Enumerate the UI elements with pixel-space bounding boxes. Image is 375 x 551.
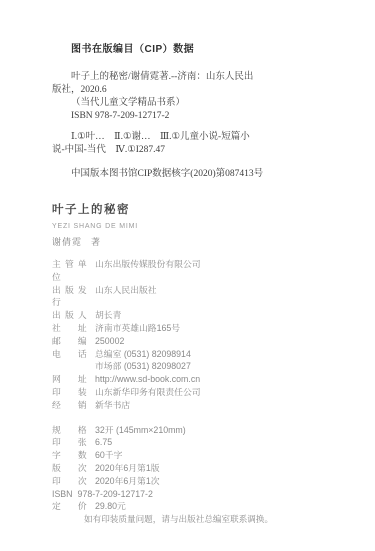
field-label: 印张 bbox=[52, 436, 87, 449]
cip-block: 图书在版编目（CIP）数据 叶子上的秘密/谢倩霓著.--济南：山东人民出 版社，… bbox=[52, 43, 330, 181]
field-label: 出版发行 bbox=[52, 284, 87, 310]
field-label bbox=[52, 360, 87, 373]
field-value: 胡长青 bbox=[95, 309, 121, 322]
publisher-row: 社址 济南市英雄山路165号 bbox=[52, 322, 330, 335]
print-specs-list: 规格 32开 (145mm×210mm) 印张 6.75 字数 60千字 版次 … bbox=[52, 424, 330, 527]
cip-line-series: （当代儿童文学精品书系） bbox=[52, 97, 330, 110]
book-block: 叶子上的秘密 YEZI SHANG DE MIMI 谢倩霓著 bbox=[52, 201, 330, 248]
field-value: 6.75 bbox=[95, 436, 112, 449]
publisher-row: 电话 总编室 (0531) 82098914 bbox=[52, 348, 330, 361]
field-label: 主管单位 bbox=[52, 258, 87, 284]
publisher-row: 印装 山东新华印务有限责任公司 bbox=[52, 386, 330, 399]
cip-line-title: 叶子上的秘密/谢倩霓著.--济南：山东人民出 bbox=[52, 71, 330, 84]
publisher-row: 出版发行 山东人民出版社 bbox=[52, 284, 330, 310]
cip-line-isbn: ISBN 978-7-209-12717-2 bbox=[52, 110, 330, 123]
cip-line-index-wrap: 说-中国-当代 Ⅳ.①I287.47 bbox=[52, 144, 330, 157]
field-label: 字数 bbox=[52, 449, 87, 462]
field-value: 山东出版传媒股份有限公司 bbox=[95, 258, 201, 284]
field-label: 电话 bbox=[52, 348, 87, 361]
publisher-row: 网址 http://www.sd-book.com.cn bbox=[52, 373, 330, 386]
field-value: 250002 bbox=[95, 335, 124, 348]
book-pinyin: YEZI SHANG DE MIMI bbox=[52, 223, 330, 230]
field-label: 经销 bbox=[52, 399, 87, 412]
field-value: 市场部 (0531) 82098027 bbox=[95, 360, 191, 373]
spec-row: 印张 6.75 bbox=[52, 436, 330, 449]
field-label: ISBN bbox=[52, 488, 73, 501]
field-value: 32开 (145mm×210mm) bbox=[95, 424, 186, 437]
copyright-page: 图书在版编目（CIP）数据 叶子上的秘密/谢倩霓著.--济南：山东人民出 版社，… bbox=[0, 0, 375, 551]
field-value: 济南市英雄山路165号 bbox=[95, 322, 180, 335]
spec-row: 字数 60千字 bbox=[52, 449, 330, 462]
publisher-row: 邮编 250002 bbox=[52, 335, 330, 348]
field-label: 网址 bbox=[52, 373, 87, 386]
publisher-row-continuation: 市场部 (0531) 82098027 bbox=[52, 360, 330, 373]
field-label: 定价 bbox=[52, 500, 87, 513]
author-name: 谢倩霓 bbox=[52, 237, 82, 247]
page-content: 图书在版编目（CIP）数据 叶子上的秘密/谢倩霓著.--济南：山东人民出 版社，… bbox=[52, 40, 330, 527]
book-author-line: 谢倩霓著 bbox=[52, 235, 330, 248]
field-value: 60千字 bbox=[95, 449, 122, 462]
field-label: 版次 bbox=[52, 462, 87, 475]
author-suffix: 著 bbox=[91, 237, 101, 247]
book-title: 叶子上的秘密 bbox=[52, 201, 330, 217]
cip-line-index: Ⅰ.①叶… Ⅱ.①谢… Ⅲ.①儿童小说-短篇小 bbox=[52, 131, 330, 144]
field-value: 总编室 (0531) 82098914 bbox=[95, 348, 191, 361]
publisher-info-list: 主管单位 山东出版传媒股份有限公司 出版发行 山东人民出版社 出版人 胡长青 社… bbox=[52, 258, 330, 412]
field-value: 2020年6月第1版 bbox=[95, 462, 160, 475]
field-label: 规格 bbox=[52, 424, 87, 437]
field-value: 山东新华印务有限责任公司 bbox=[95, 386, 201, 399]
field-value: 29.80元 bbox=[95, 500, 126, 513]
cip-line-title-wrap: 版社，2020.6 bbox=[52, 84, 330, 97]
spec-row: 定价 29.80元 bbox=[52, 500, 330, 513]
field-value: 山东人民出版社 bbox=[95, 284, 157, 310]
cip-header: 图书在版编目（CIP）数据 bbox=[52, 43, 330, 56]
field-label: 出版人 bbox=[52, 309, 87, 322]
field-label: 邮编 bbox=[52, 335, 87, 348]
publisher-row: 主管单位 山东出版传媒股份有限公司 bbox=[52, 258, 330, 284]
field-label: 印装 bbox=[52, 386, 87, 399]
spec-row: 版次 2020年6月第1版 bbox=[52, 462, 330, 475]
field-value: http://www.sd-book.com.cn bbox=[95, 373, 200, 386]
spec-row: 印次 2020年6月第1次 bbox=[52, 475, 330, 488]
cip-record-number: 中国版本图书馆CIP数据核字(2020)第087413号 bbox=[52, 168, 330, 181]
quality-note: 如有印装质量问题，请与出版社总编室联系调换。 bbox=[84, 513, 330, 527]
spec-row-isbn: ISBN 978-7-209-12717-2 bbox=[52, 488, 330, 501]
field-value: 2020年6月第1次 bbox=[95, 475, 160, 488]
spec-row: 规格 32开 (145mm×210mm) bbox=[52, 424, 330, 437]
publisher-row: 出版人 胡长青 bbox=[52, 309, 330, 322]
publisher-row: 经销 新华书店 bbox=[52, 399, 330, 412]
field-label: 社址 bbox=[52, 322, 87, 335]
field-value: 978-7-209-12717-2 bbox=[78, 488, 153, 501]
field-value: 新华书店 bbox=[95, 399, 130, 412]
field-label: 印次 bbox=[52, 475, 87, 488]
